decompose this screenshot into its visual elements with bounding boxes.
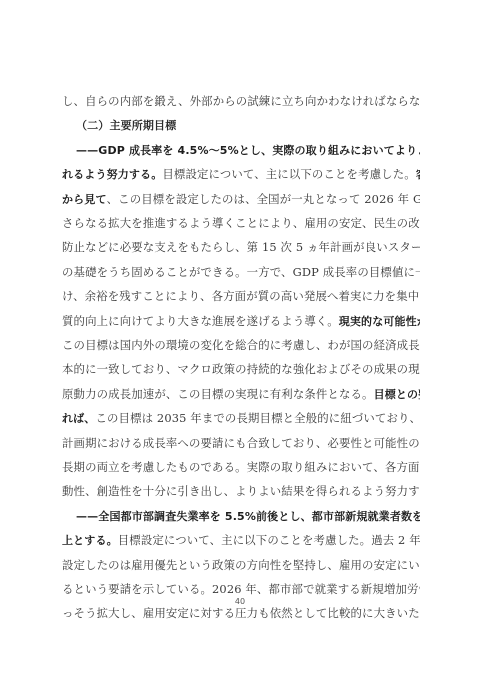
text: の基礎をうち固めることができる。一方で、GDP 成長率の目標値に一定の範囲を設 <box>62 265 420 279</box>
bold-text: れば、 <box>62 412 95 425</box>
bold-text: 現実的な可能性から見れば、 <box>339 315 420 328</box>
text-line: 動性、創造性を十分に引き出し、よりよい結果を得られるよう努力する。 <box>62 481 420 501</box>
document-page: し、自らの内部を鍛え、外部からの試練に立ち向かわなければならない。（二）主要所期… <box>0 0 480 679</box>
text-line: れば、この目標は 2035 年までの長期目標と全般的に紐づいており、第 15 次… <box>62 408 420 428</box>
text: 目標設定について、主に以下のことを考慮した。過去 2 年と同じ目標を <box>118 533 420 547</box>
bold-text: 客観的な需要 <box>416 168 420 181</box>
text: 目標設定について、主に以下のことを考慮した。 <box>162 167 415 181</box>
text: 原動力の成長加速が、この目標の実現に有利な条件となる。 <box>62 387 374 401</box>
text-line: し、自らの内部を鍛え、外部からの試練に立ち向かわなければならない。 <box>62 91 420 111</box>
text: 計画期における成長率への要請にも合致しており、必要性と可能性の両立、短期と <box>62 436 420 450</box>
text-line: 設定したのは雇用優先という政策の方向性を堅持し、雇用の安定にいっそう注力す <box>62 555 420 575</box>
bold-text: ——全国都市部調査失業率を 5.5%前後とし、都市部新規就業者数を 1200 万… <box>76 510 420 523</box>
text: この目標は 2035 年までの長期目標と全般的に紐づいており、第 15 次 5 … <box>95 411 420 425</box>
text: 、この目標を設定したのは、全国が一丸となって 2026 年 GDP 成長規模の <box>107 192 420 206</box>
bold-text: （二）主要所期目標 <box>76 119 176 132</box>
text-line: 防止などに必要な支えをもたらし、第 15 次 5 ヵ年計画が良いスタートを切るた… <box>62 237 420 257</box>
bold-text: から見て <box>62 193 107 206</box>
bold-text: 上とする。 <box>62 534 118 547</box>
text-line: の基礎をうち固めることができる。一方で、GDP 成長率の目標値に一定の範囲を設 <box>62 262 420 282</box>
text: 防止などに必要な支えをもたらし、第 15 次 5 ヵ年計画が良いスタートを切るた… <box>62 240 420 254</box>
text: 本的に一致しており、マクロ政策の持続的な強化およびその成果の現れと、新たな <box>62 362 420 376</box>
text-line: 計画期における成長率への要請にも合致しており、必要性と可能性の両立、短期と <box>62 433 420 453</box>
section-heading: （二）主要所期目標 <box>76 115 420 135</box>
text: 質的向上に向けてより大きな進展を遂げるよう導く。 <box>62 314 339 328</box>
text-line: っそう拡大し、雇用安定に対する圧力も依然として比較的に大きいため、都市部新 <box>62 603 420 623</box>
bold-text: れるよう努力する。 <box>62 168 162 181</box>
text: し、自らの内部を鍛え、外部からの試練に立ち向かわなければならない。 <box>62 94 420 108</box>
text: この目標は国内外の環境の変化を総合的に考慮し、わが国の経済成長の潜在力と基 <box>62 338 420 352</box>
text-line: るという要請を示している。2026 年、都市部で就業する新規増加労働力の規模はい <box>62 579 420 599</box>
text: るという要請を示している。2026 年、都市部で就業する新規増加労働力の規模はい <box>62 582 420 596</box>
bold-text: 目標との整合性から見 <box>374 388 420 401</box>
text-line: から見て、この目標を設定したのは、全国が一丸となって 2026 年 GDP 成長… <box>62 189 420 209</box>
text-line: 上とする。目標設定について、主に以下のことを考慮した。過去 2 年と同じ目標を <box>62 530 420 550</box>
text-line: 原動力の成長加速が、この目標の実現に有利な条件となる。目標との整合性から見 <box>62 384 420 404</box>
text-line: ——全国都市部調査失業率を 5.5%前後とし、都市部新規就業者数を 1200 万… <box>76 506 420 526</box>
text-line: け、余裕を残すことにより、各方面が質の高い発展へ着実に力を集中し、効果的な <box>62 286 420 306</box>
text-line: さらなる拡大を推進するよう導くことにより、雇用の安定、民生の改善、リスクの <box>62 213 420 233</box>
text: 設定したのは雇用優先という政策の方向性を堅持し、雇用の安定にいっそう注力す <box>62 558 420 572</box>
text: 長期の両立を考慮したものである。実際の取り組みにおいて、各方面の積極性、能 <box>62 460 420 474</box>
text-line: ——GDP 成長率を 4.5%～5%とし、実際の取り組みにおいてよりよい結果を得… <box>76 140 420 160</box>
bold-text: ——GDP 成長率を 4.5%～5%とし、実際の取り組みにおいてよりよい結果を得… <box>76 144 420 157</box>
text-line: 長期の両立を考慮したものである。実際の取り組みにおいて、各方面の積極性、能 <box>62 457 420 477</box>
text: け、余裕を残すことにより、各方面が質の高い発展へ着実に力を集中し、効果的な <box>62 289 420 303</box>
text: っそう拡大し、雇用安定に対する圧力も依然として比較的に大きいため、都市部新 <box>62 606 420 620</box>
text-line: 本的に一致しており、マクロ政策の持続的な強化およびその成果の現れと、新たな <box>62 359 420 379</box>
text: さらなる拡大を推進するよう導くことにより、雇用の安定、民生の改善、リスクの <box>62 216 420 230</box>
text-line: れるよう努力する。目標設定について、主に以下のことを考慮した。客観的な需要 <box>62 164 420 184</box>
text: 動性、創造性を十分に引き出し、よりよい結果を得られるよう努力する。 <box>62 484 420 498</box>
text-line: この目標は国内外の環境の変化を総合的に考慮し、わが国の経済成長の潜在力と基 <box>62 335 420 355</box>
text-line: 質的向上に向けてより大きな進展を遂げるよう導く。現実的な可能性から見れば、 <box>62 311 420 331</box>
page-number: 40 <box>229 597 251 606</box>
